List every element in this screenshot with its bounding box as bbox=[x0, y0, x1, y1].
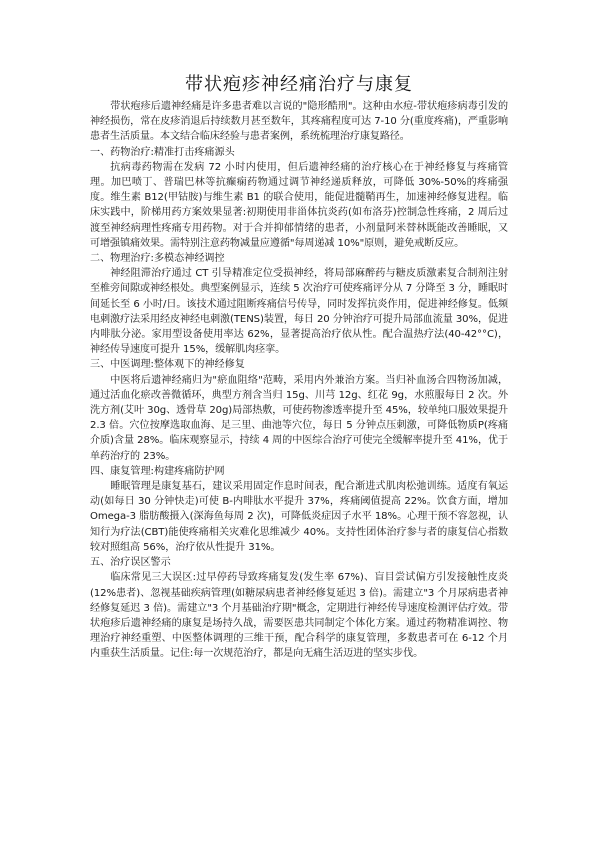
section-body-medication: 抗病毒药物需在发病 72 小时内使用，但后遗神经痛的治疗核心在于神经修复与疼痛管… bbox=[90, 160, 508, 251]
document-title: 带状疱疹神经痛治疗与康复 bbox=[90, 72, 508, 98]
intro-paragraph: 带状疱疹后遗神经痛是许多患者难以言说的"隐形酷刑"。这种由水痘-带状疱疹病毒引发… bbox=[90, 99, 508, 145]
section-heading-physical-therapy: 二、物理治疗:多模态神经调控 bbox=[90, 251, 508, 266]
section-heading-rehab: 四、康复管理:构建疼痛防护网 bbox=[90, 464, 508, 479]
document-page: 带状疱疹神经痛治疗与康复 带状疱疹后遗神经痛是许多患者难以言说的"隐形酷刑"。这… bbox=[90, 72, 508, 662]
section-body-tcm: 中医将后遗神经痛归为"瘀血阻络"范畴，采用内外兼治方案。当归补血汤合四物汤加减，… bbox=[90, 373, 508, 464]
section-heading-misconceptions: 五、治疗误区警示 bbox=[90, 555, 508, 570]
section-body-misconceptions: 临床常见三大误区:过早停药导致疼痛复发(发生率 67%)、盲目尝试偏方引发接触性… bbox=[90, 570, 508, 661]
section-body-rehab: 睡眠管理是康复基石，建议采用固定作息时间表，配合渐进式肌肉松弛训练。适度有氧运动… bbox=[90, 479, 508, 555]
section-heading-medication: 一、药物治疗:精准打击疼痛源头 bbox=[90, 145, 508, 160]
section-body-physical-therapy: 神经阻滞治疗通过 CT 引导精准定位受损神经，将局部麻醉药与糖皮质激素复合制剂注… bbox=[90, 266, 508, 357]
section-heading-tcm: 三、中医调理:整体观下的神经修复 bbox=[90, 357, 508, 372]
